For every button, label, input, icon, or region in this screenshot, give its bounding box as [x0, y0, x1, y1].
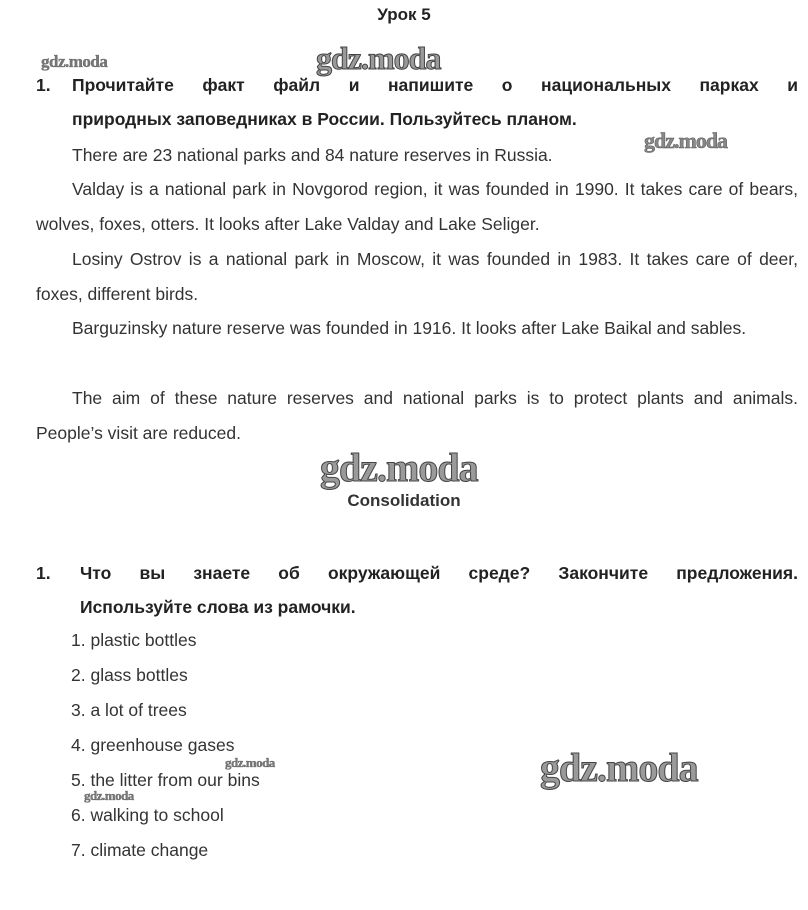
answer-item: 7. climate change — [71, 833, 260, 868]
task-number: 1. — [36, 68, 51, 102]
paragraph-4: Barguzinsky nature reserve was founded i… — [36, 311, 798, 346]
watermark: gdz.moda — [320, 444, 478, 491]
watermark: gdz.moda — [540, 744, 698, 791]
lesson-title: Урок 5 — [0, 5, 808, 25]
answer-item: 1. plastic bottles — [71, 623, 260, 658]
task-text-line-2: Используйте слова из рамочки. — [36, 590, 798, 624]
answer-item: 6. walking to school — [71, 798, 260, 833]
answer-list: 1. plastic bottles 2. glass bottles 3. a… — [71, 623, 260, 868]
answer-item: 3. a lot of trees — [71, 693, 260, 728]
paragraph-1: There are 23 national parks and 84 natur… — [36, 138, 798, 173]
paragraph-3: Losiny Ostrov is a national park in Mosc… — [36, 242, 798, 311]
task-number: 1. — [36, 556, 51, 590]
section-title: Consolidation — [0, 491, 808, 511]
paragraph-2: Valday is a national park in Novgorod re… — [36, 172, 798, 241]
task-1-instruction: 1. Прочитайте факт файл и напишите о нац… — [36, 68, 798, 136]
task-2-instruction: 1. Что вы знаете об окружающей среде? За… — [36, 556, 798, 624]
answer-item: 2. glass bottles — [71, 658, 260, 693]
task-text-line-1: Прочитайте факт файл и напишите о национ… — [36, 68, 798, 102]
answer-item: 4. greenhouse gases — [71, 728, 260, 763]
paragraph-5: The aim of these nature reserves and nat… — [36, 381, 798, 450]
task-text-line-2: природных заповедниках в России. Пользуй… — [36, 102, 798, 136]
answer-item: 5. the litter from our bins — [71, 763, 260, 798]
task-text-line-1: Что вы знаете об окружающей среде? Закон… — [36, 556, 798, 590]
